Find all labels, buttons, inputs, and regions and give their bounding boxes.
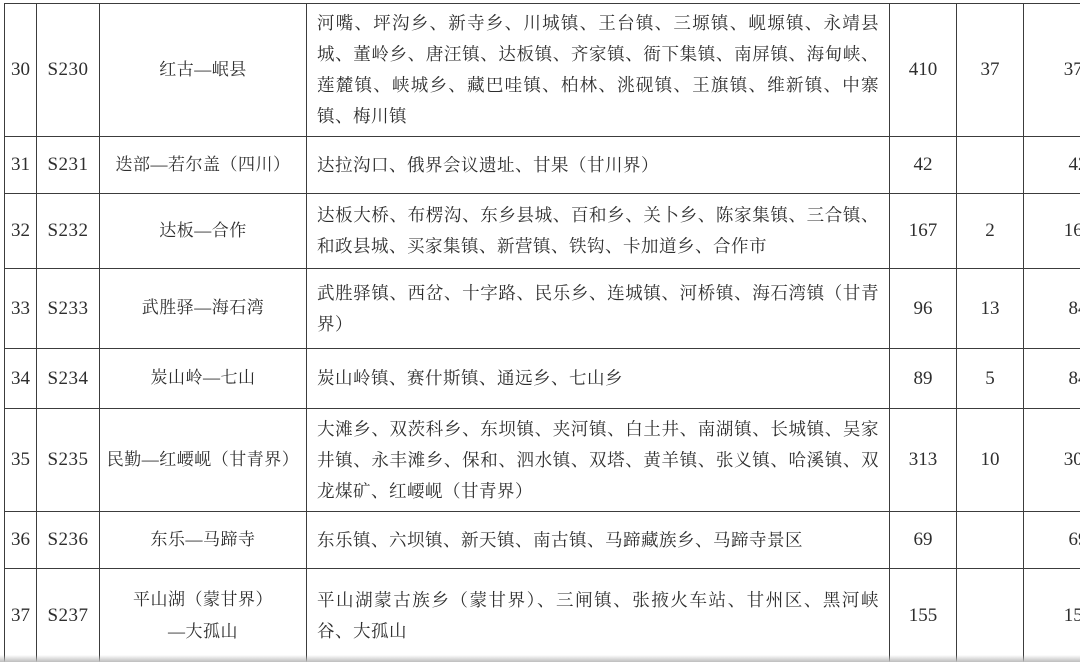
number-cell: 373 (1024, 4, 1080, 137)
route-name-cell: 平山湖（蒙甘界） —大孤山 (100, 569, 307, 662)
number-cell: 37 (957, 4, 1024, 137)
number-cell: 167 (890, 194, 957, 269)
route-index-cell: 30 (5, 4, 37, 137)
route-name-cell: 民勤—红崾岘（甘青界） (100, 409, 307, 512)
number-cell: 155 (890, 569, 957, 662)
route-code-cell: S237 (37, 569, 100, 662)
number-cell: 84 (1024, 269, 1080, 349)
route-code-cell: S233 (37, 269, 100, 349)
route-places-cell: 大滩乡、双茨科乡、东坝镇、夹河镇、白土井、南湖镇、长城镇、吴家井镇、永丰滩乡、保… (307, 409, 890, 512)
number-cell: 42 (1024, 137, 1080, 194)
number-cell: 155 (1024, 569, 1080, 662)
number-cell: 69 (1024, 512, 1080, 569)
number-cell: 89 (890, 349, 957, 409)
route-index-cell: 31 (5, 137, 37, 194)
number-cell: 410 (890, 4, 957, 137)
number-cell: 313 (890, 409, 957, 512)
route-places-cell: 达板大桥、布楞沟、东乡县城、百和乡、关卜乡、陈家集镇、三合镇、和政县城、买家集镇… (307, 194, 890, 269)
route-name-cell: 东乐—马蹄寺 (100, 512, 307, 569)
route-code-cell: S230 (37, 4, 100, 137)
table-row: 37 S237 平山湖（蒙甘界） —大孤山 平山湖蒙古族乡（蒙甘界）、三闸镇、张… (5, 569, 1080, 662)
number-cell: 5 (957, 349, 1024, 409)
route-index-cell: 37 (5, 569, 37, 662)
number-cell (957, 569, 1024, 662)
route-code-cell: S232 (37, 194, 100, 269)
table-row: 30 S230 红古—岷县 河嘴、坪沟乡、新寺乡、川城镇、王台镇、三塬镇、岘塬镇… (5, 4, 1080, 137)
number-cell (957, 137, 1024, 194)
number-cell: 2 (957, 194, 1024, 269)
number-cell: 165 (1024, 194, 1080, 269)
table-row: 35 S235 民勤—红崾岘（甘青界） 大滩乡、双茨科乡、东坝镇、夹河镇、白土井… (5, 409, 1080, 512)
table-row: 33 S233 武胜驿—海石湾 武胜驿镇、西岔、十字路、民乐乡、连城镇、河桥镇、… (5, 269, 1080, 349)
number-cell: 96 (890, 269, 957, 349)
route-code-cell: S236 (37, 512, 100, 569)
route-index-cell: 33 (5, 269, 37, 349)
number-cell: 10 (957, 409, 1024, 512)
number-cell (957, 512, 1024, 569)
route-index-cell: 36 (5, 512, 37, 569)
number-cell: 84 (1024, 349, 1080, 409)
route-places-cell: 炭山岭镇、赛什斯镇、通远乡、七山乡 (307, 349, 890, 409)
route-code-cell: S234 (37, 349, 100, 409)
route-places-cell: 达拉沟口、俄界会议遗址、甘果（甘川界） (307, 137, 890, 194)
route-name-cell: 炭山岭—七山 (100, 349, 307, 409)
number-cell: 304 (1024, 409, 1080, 512)
route-index-cell: 34 (5, 349, 37, 409)
route-name-cell: 迭部—若尔盖（四川） (100, 137, 307, 194)
table-row: 34 S234 炭山岭—七山 炭山岭镇、赛什斯镇、通远乡、七山乡 89 5 84 (5, 349, 1080, 409)
route-places-cell: 河嘴、坪沟乡、新寺乡、川城镇、王台镇、三塬镇、岘塬镇、永靖县城、董岭乡、唐汪镇、… (307, 4, 890, 137)
route-name-cell: 武胜驿—海石湾 (100, 269, 307, 349)
route-places-cell: 东乐镇、六坝镇、新天镇、南古镇、马蹄藏族乡、马蹄寺景区 (307, 512, 890, 569)
document-page: 30 S230 红古—岷县 河嘴、坪沟乡、新寺乡、川城镇、王台镇、三塬镇、岘塬镇… (0, 0, 1080, 662)
number-cell: 13 (957, 269, 1024, 349)
number-cell: 69 (890, 512, 957, 569)
route-name-cell: 红古—岷县 (100, 4, 307, 137)
route-places-cell: 平山湖蒙古族乡（蒙甘界）、三闸镇、张掖火车站、甘州区、黑河峡谷、大孤山 (307, 569, 890, 662)
route-places-cell: 武胜驿镇、西岔、十字路、民乐乡、连城镇、河桥镇、海石湾镇（甘青界） (307, 269, 890, 349)
number-cell: 42 (890, 137, 957, 194)
table-row: 36 S236 东乐—马蹄寺 东乐镇、六坝镇、新天镇、南古镇、马蹄藏族乡、马蹄寺… (5, 512, 1080, 569)
provincial-roads-table: 30 S230 红古—岷县 河嘴、坪沟乡、新寺乡、川城镇、王台镇、三塬镇、岘塬镇… (4, 3, 1080, 662)
route-name-cell: 达板—合作 (100, 194, 307, 269)
route-index-cell: 32 (5, 194, 37, 269)
route-code-cell: S231 (37, 137, 100, 194)
route-code-cell: S235 (37, 409, 100, 512)
table-row: 32 S232 达板—合作 达板大桥、布楞沟、东乡县城、百和乡、关卜乡、陈家集镇… (5, 194, 1080, 269)
route-index-cell: 35 (5, 409, 37, 512)
table-row: 31 S231 迭部—若尔盖（四川） 达拉沟口、俄界会议遗址、甘果（甘川界） 4… (5, 137, 1080, 194)
